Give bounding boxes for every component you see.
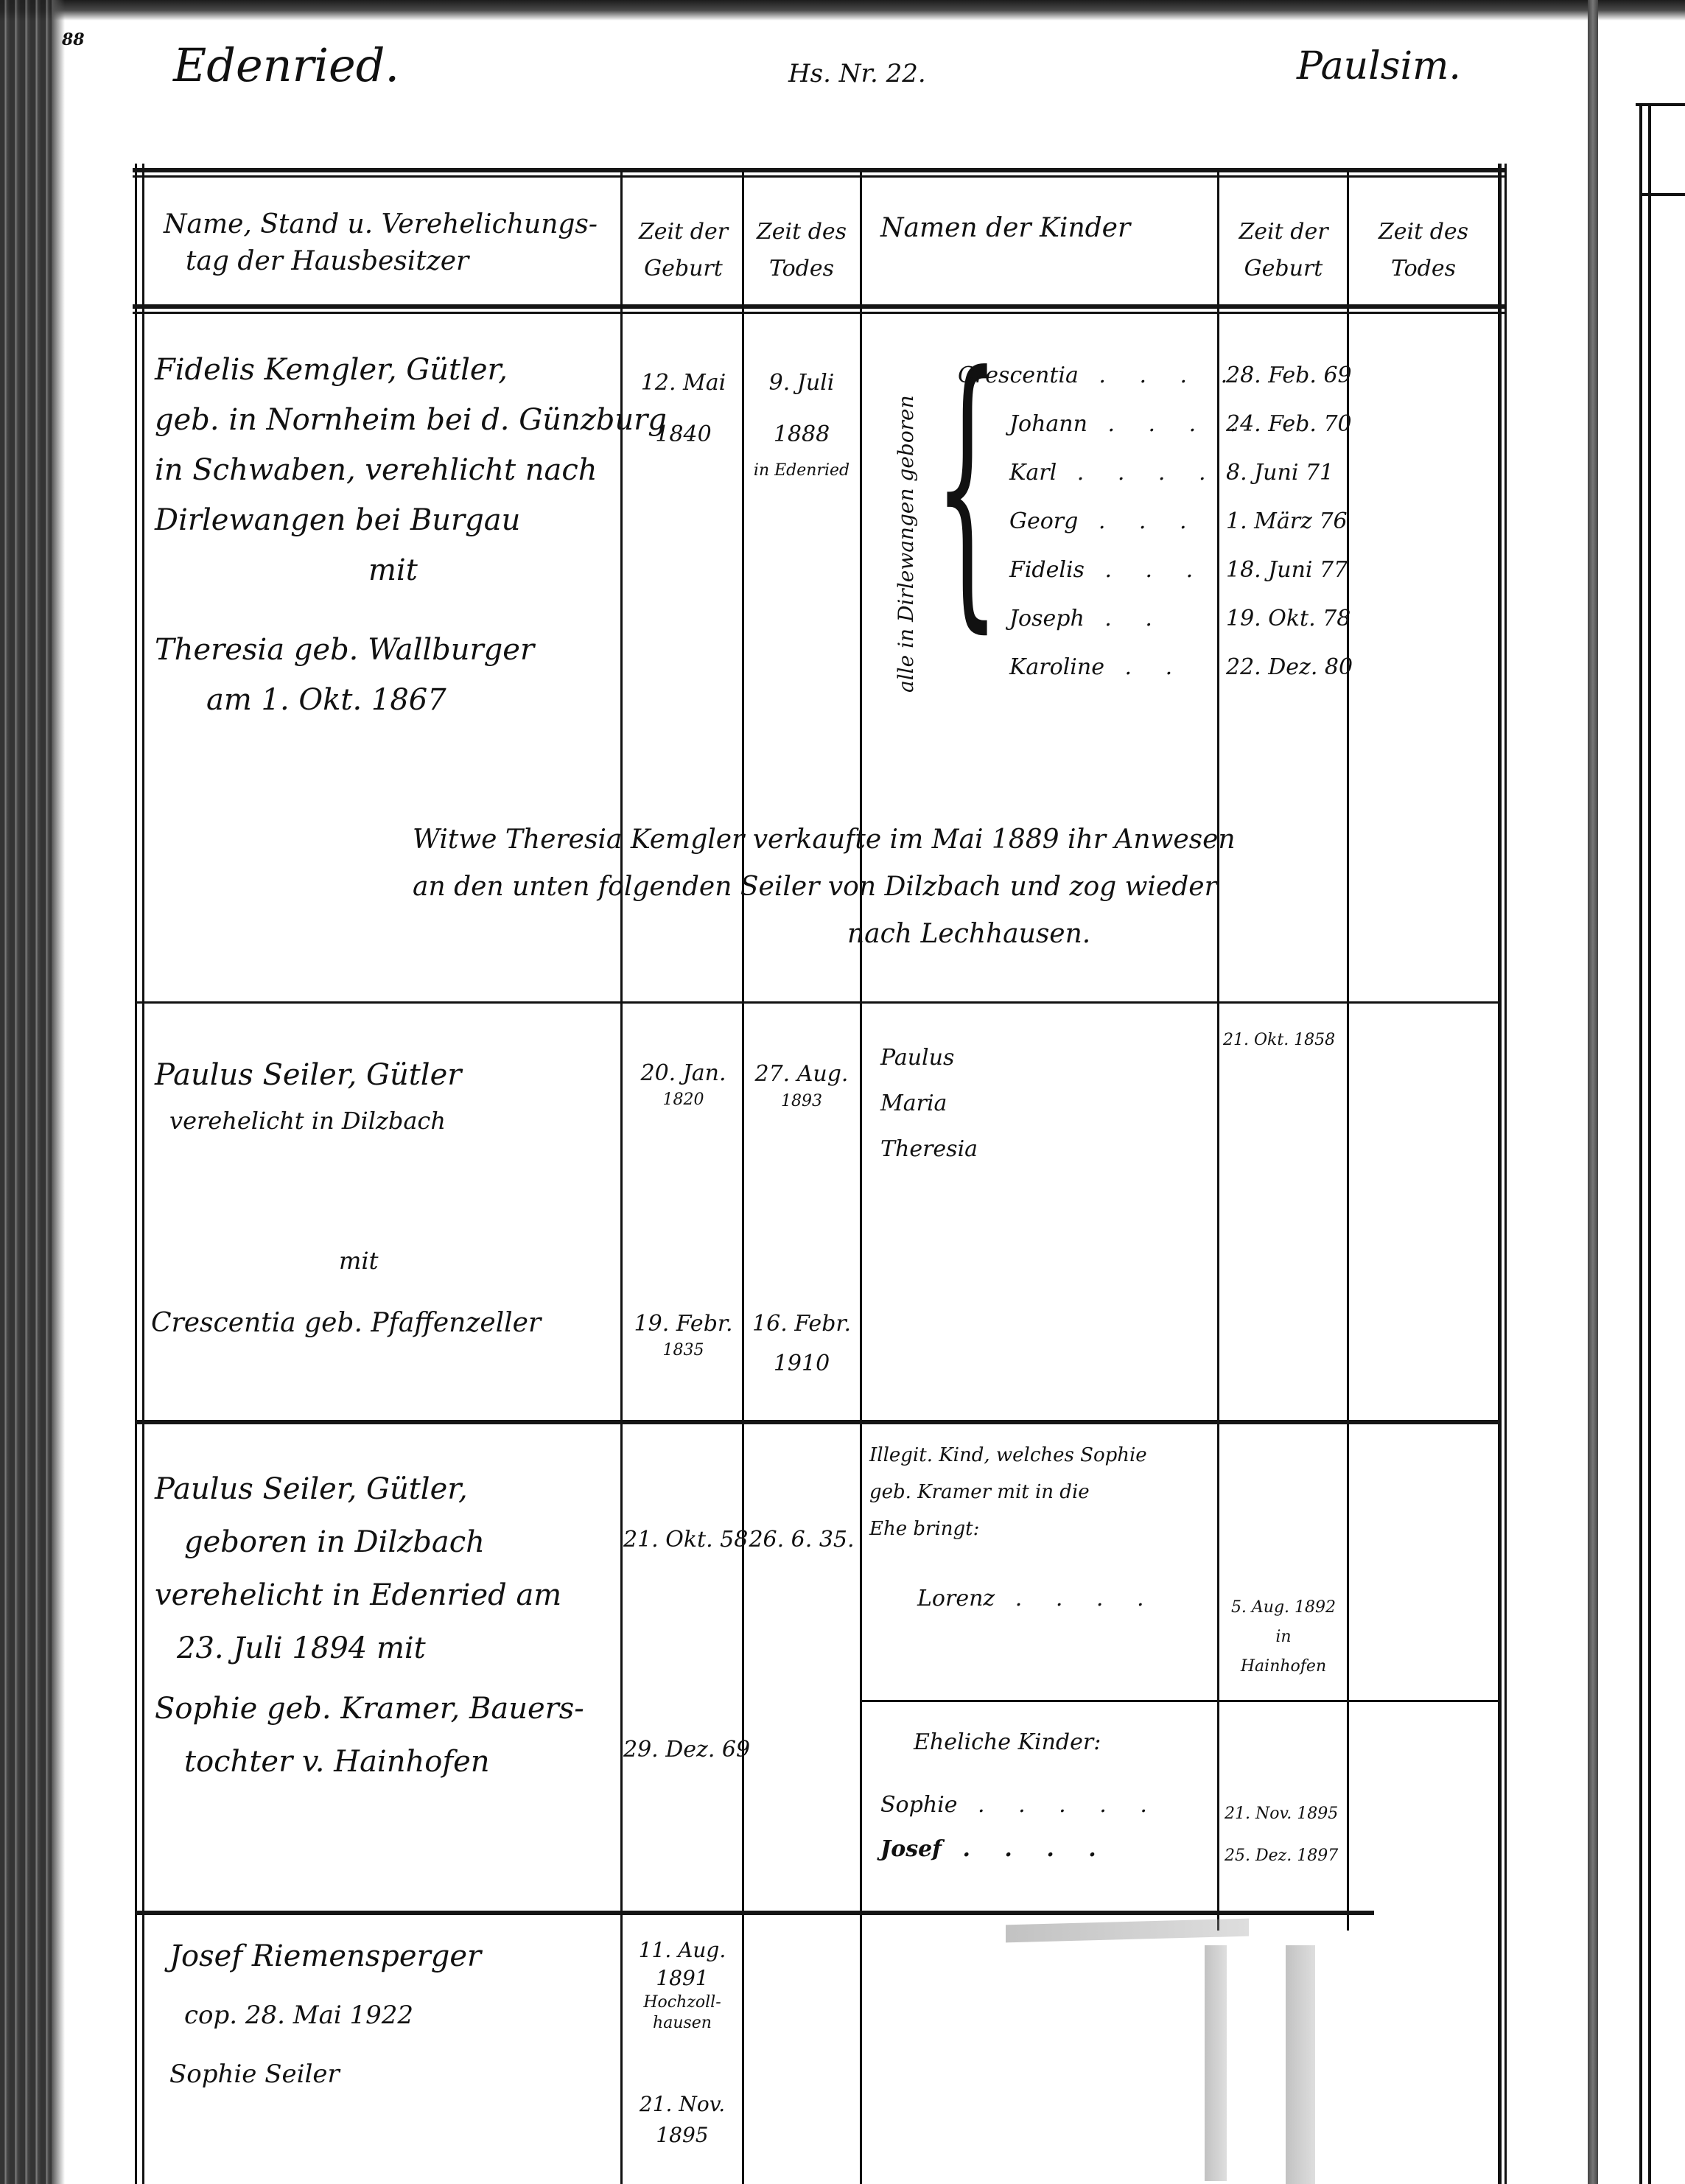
owner-line: geboren in Dilzbach <box>155 1516 584 1569</box>
sub-row-separator <box>860 1700 1499 1702</box>
owner-birth-date: 12. Mai 1840 <box>626 357 740 461</box>
owner-line: Josef Riemensperger <box>169 1927 481 1986</box>
header-child-birth: Zeit der Geburt <box>1222 214 1345 287</box>
header-children: Namen der Kinder <box>880 210 1130 247</box>
owner-line: in Schwaben, verehlicht nach <box>155 445 667 495</box>
col-divider-owner-birth <box>742 171 744 2184</box>
child-birth-date: 24. Feb. 70 <box>1226 410 1352 439</box>
date-line: 1835 <box>626 1340 740 1361</box>
ink-smudge <box>1205 1945 1227 2181</box>
owner-death-date: 9. Juli 1888 in Edenried <box>746 357 858 481</box>
marriage-line: cop. 28. Mai 1922 <box>169 1986 481 2045</box>
spouse-line: Theresia geb. Wallburger <box>155 625 667 675</box>
marriage-date: am 1. Okt. 1867 <box>155 675 667 725</box>
children-birthplace-note: alle in Dirlewangen geboren <box>894 395 918 693</box>
date-line: 1820 <box>626 1090 740 1110</box>
child-birth-date: 5. Aug. 1892 in Hainhofen <box>1220 1593 1347 1681</box>
book-binding-edge <box>0 0 52 2184</box>
header-line: Zeit der <box>1222 214 1345 251</box>
owner-line: Paulus Seiler, Gütler, <box>155 1463 584 1516</box>
illegitimate-child-note: Illegit. Kind, welches Sophie geb. Krame… <box>869 1437 1147 1547</box>
birth-place: hausen <box>623 2013 741 2034</box>
date-line: 1891 <box>623 1964 741 1992</box>
spouse-birth-date: 21. Nov. 1895 <box>623 2089 741 2151</box>
date-line: 20. Jan. <box>626 1057 740 1090</box>
remark-line: nach Lechhausen. <box>413 911 1236 958</box>
date-line: 27. Aug. <box>746 1057 858 1091</box>
header-child-death: Zeit des Todes <box>1351 214 1496 287</box>
child-birth-date: 21. Okt. 1858 <box>1223 1030 1335 1051</box>
owner-description: Josef Riemensperger cop. 28. Mai 1922 So… <box>169 1927 481 2104</box>
spouse-line: Crescentia geb. Pfaffenzeller <box>151 1301 541 1346</box>
house-name: Paulsim. <box>1297 44 1461 88</box>
child-name: Georg . . . <box>1009 507 1200 536</box>
note-line: geb. Kramer mit in die <box>869 1474 1147 1511</box>
child-birth-date: 18. Juni 77 <box>1226 556 1348 585</box>
header-line: Zeit des <box>1351 214 1496 251</box>
child-birth-date: 25. Dez. 1897 <box>1225 1846 1338 1866</box>
death-place: in Edenried <box>746 461 858 481</box>
owner-line: verehelicht in Edenried am <box>155 1569 584 1622</box>
child-name: Paulus <box>880 1035 978 1081</box>
spouse-birth-date: 19. Febr. 1835 <box>626 1308 740 1361</box>
owner-description: Paulus Seiler, Gütler verehelicht in Dil… <box>155 1052 461 1144</box>
table-border-left <box>135 164 137 2184</box>
date-line: 5. Aug. 1892 <box>1220 1593 1347 1623</box>
child-name: Johann . . . . <box>1009 410 1250 439</box>
owner-death-date: 26. 6. 35. <box>744 1525 859 1555</box>
date-line: 1895 <box>623 2120 741 2151</box>
owner-line: mit <box>155 545 667 595</box>
col-divider-owner-death <box>860 171 862 2184</box>
child-birth-date: 21. Nov. 1895 <box>1225 1804 1338 1824</box>
child-birth-date: 1. März 76 <box>1226 507 1348 536</box>
child-name: Josef . . . . <box>880 1835 1110 1864</box>
date-line: 12. Mai <box>626 357 740 409</box>
next-page-rule <box>1636 103 1685 106</box>
child-birth-date: 28. Feb. 69 <box>1226 361 1352 391</box>
date-line: 19. Febr. <box>626 1308 740 1340</box>
row-separator <box>135 1001 1499 1004</box>
legitimate-children-heading: Eheliche Kinder: <box>914 1728 1101 1757</box>
date-line: 9. Juli <box>746 357 858 409</box>
binding-shadow <box>52 0 65 2184</box>
header-line: Zeit der <box>626 214 740 251</box>
header-line: Todes <box>1351 251 1496 287</box>
owner-birth-date: 21. Okt. 58 <box>623 1525 741 1555</box>
spouse-line: tochter v. Hainhofen <box>155 1735 584 1788</box>
spouse-line: Sophie Seiler <box>169 2045 481 2104</box>
header-bottom-rule <box>133 304 1504 309</box>
header-owner-line: tag der Hausbesitzer <box>164 243 598 280</box>
date-line: 11. Aug. <box>623 1936 741 1964</box>
table-border-right <box>1498 164 1502 2184</box>
date-line: 21. Nov. <box>623 2089 741 2120</box>
header-bottom-rule <box>133 312 1504 314</box>
village-name: Edenried. <box>173 38 399 92</box>
table-border-left <box>142 164 144 2184</box>
owner-description: Fidelis Kemgler, Gütler, geb. in Nornhei… <box>155 345 667 725</box>
header-top-rule <box>133 168 1504 172</box>
child-name: Joseph . . <box>1009 604 1166 634</box>
table-border-right <box>1504 164 1507 2184</box>
date-line: in <box>1220 1623 1347 1652</box>
remark-line: an den unten folgenden Seiler von Dilzba… <box>413 864 1236 911</box>
owner-description: Paulus Seiler, Gütler, geboren in Dilzba… <box>155 1463 584 1788</box>
child-name: Lorenz . . . . <box>917 1584 1157 1614</box>
owner-line: Dirlewangen bei Burgau <box>155 495 667 545</box>
owner-birth-date: 11. Aug. 1891 Hochzoll- hausen <box>623 1936 741 2034</box>
birth-place: Hochzoll- <box>623 1992 741 2013</box>
header-owner: Name, Stand u. Verehelichungs- tag der H… <box>164 206 598 280</box>
child-name: Sophie . . . . . <box>880 1791 1160 1820</box>
owner-birth-date: 20. Jan. 1820 <box>626 1057 740 1110</box>
page-number-marker: 88 <box>62 29 85 50</box>
header-line: Todes <box>746 251 858 287</box>
header-owner-birth: Zeit der Geburt <box>626 214 740 287</box>
next-page-rule <box>1639 103 1642 2184</box>
child-birth-date: 8. Juni 71 <box>1226 458 1334 488</box>
owner-line: Paulus Seiler, Gütler <box>155 1052 461 1098</box>
row-separator <box>135 1911 1374 1915</box>
date-line: 16. Febr. <box>746 1304 858 1344</box>
note-line: Ehe bringt: <box>869 1511 1147 1547</box>
child-birth-date: 19. Okt. 78 <box>1226 604 1351 634</box>
spouse-line: Sophie geb. Kramer, Bauers- <box>155 1682 584 1735</box>
birth-place: Hainhofen <box>1220 1652 1347 1681</box>
child-birth-date: 22. Dez. 80 <box>1226 653 1353 682</box>
spouse-death-date: 16. Febr. 1910 <box>746 1304 858 1384</box>
note-line: Illegit. Kind, welches Sophie <box>869 1437 1147 1474</box>
sale-remark: Witwe Theresia Kemgler verkaufte im Mai … <box>413 816 1236 958</box>
next-page-rule <box>1648 103 1651 2184</box>
with-label: mit <box>339 1238 378 1284</box>
child-name: Karoline . . <box>1009 653 1185 682</box>
marriage-line: 23. Juli 1894 mit <box>155 1622 584 1675</box>
owner-line: geb. in Nornheim bei d. Günzburg <box>155 395 667 445</box>
ink-smudge <box>1286 1945 1315 2184</box>
child-name: Theresia <box>880 1127 978 1172</box>
row-separator <box>135 1420 1499 1424</box>
header-line: Geburt <box>1222 251 1345 287</box>
scan-top-edge <box>0 0 1685 21</box>
child-name: Karl . . . . <box>1009 458 1219 488</box>
header-line: Geburt <box>626 251 740 287</box>
spouse-birth-date: 29. Dez. 69 <box>623 1735 741 1765</box>
header-owner-line: Name, Stand u. Verehelichungs- <box>164 206 598 243</box>
remark-line: Witwe Theresia Kemgler verkaufte im Mai … <box>413 816 1236 864</box>
child-name: Maria <box>880 1081 978 1127</box>
house-number: Hs. Nr. 22. <box>788 59 926 88</box>
next-page-rule <box>1639 193 1685 196</box>
date-line: 1893 <box>746 1091 858 1112</box>
header-top-rule <box>133 175 1504 178</box>
header-line: Zeit des <box>746 214 858 251</box>
children-list: Paulus Maria Theresia <box>880 1035 978 1172</box>
header-owner-death: Zeit des Todes <box>746 214 858 287</box>
page-gutter <box>1588 0 1598 2184</box>
child-name: Fidelis . . . <box>1009 556 1206 585</box>
date-line: 1888 <box>746 409 858 461</box>
date-line: 1840 <box>626 409 740 461</box>
owner-line: verehelicht in Dilzbach <box>155 1098 461 1144</box>
ink-smudge <box>1006 1919 1249 1943</box>
owner-line: Fidelis Kemgler, Gütler, <box>155 345 667 395</box>
date-line: 1910 <box>746 1344 858 1384</box>
child-name: Crescentia . . . . <box>958 361 1241 391</box>
owner-death-date: 27. Aug. 1893 <box>746 1057 858 1112</box>
